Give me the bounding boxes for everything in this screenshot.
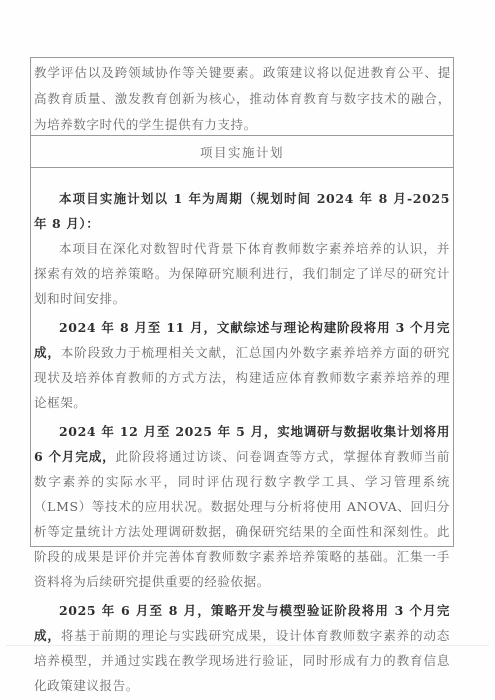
page-edge-line — [6, 645, 489, 646]
section-title-cell: 项目实施计划 — [31, 136, 453, 168]
previous-section-text: 教学评估以及跨领域协作等关键要素。政策建议将以促进教育公平、提高教育质量、激发教… — [31, 58, 453, 138]
plan-table: 教学评估以及跨领域协作等关键要素。政策建议将以促进教育公平、提高教育质量、激发教… — [30, 57, 454, 547]
section-title: 项目实施计划 — [200, 143, 284, 161]
phase-1: 2024 年 8 月至 11 月，文献综述与理论构建阶段将用 3 个月完成，本阶… — [34, 315, 450, 415]
phase-3: 2025 年 6 月至 8 月，策略开发与模型验证阶段将用 3 个月完成，将基于… — [34, 598, 450, 698]
phase-3-text: 将基于前期的理论与实践研究成果，设计体育教师数字素养的动态培养模型，并通过实践在… — [34, 628, 450, 693]
phase-1-text: 本阶段致力于梳理相关文献，汇总国内外数字素养培养方面的研究现状及培养体育教师的方… — [34, 345, 450, 410]
implementation-plan-cell: 本项目实施计划以 1 年为周期（规划时间 2024 年 8 月-2025 年 8… — [31, 168, 453, 546]
phase-2: 2024 年 12 月至 2025 年 5 月，实地调研与数据收集计划将用 6 … — [34, 419, 450, 594]
plan-lead: 本项目实施计划以 1 年为周期（规划时间 2024 年 8 月-2025 年 8… — [34, 186, 450, 236]
previous-section-cell: 教学评估以及跨领域协作等关键要素。政策建议将以促进教育公平、提高教育质量、激发教… — [31, 58, 453, 136]
plan-intro: 本项目在深化对数智时代背景下体育教师数字素养培养的认识，并探索有效的培养策略。为… — [34, 236, 450, 311]
phase-2-text: 此阶段将通过访谈、问卷调查等方式，掌握体育教师当前数字素养的实际水平，同时评估现… — [34, 449, 450, 589]
